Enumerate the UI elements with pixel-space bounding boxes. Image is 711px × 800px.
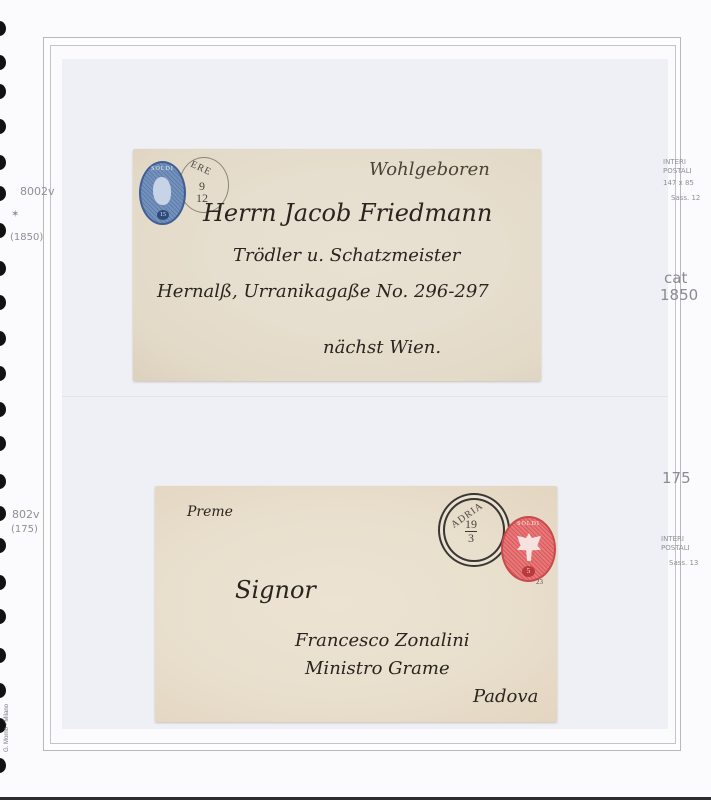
- emperor-profile-icon: [153, 177, 171, 205]
- double-eagle-icon: [517, 533, 541, 561]
- punch-hole: [0, 436, 6, 451]
- punch-hole: [0, 538, 6, 553]
- postal-cover-1[interactable]: ERE 912 SOLDI 15 Wohlgeboren Herrn Jacob…: [133, 149, 541, 381]
- postmark-2: ADRIA 193: [443, 498, 505, 562]
- punch-hole: [0, 295, 6, 310]
- postal-cover-2[interactable]: Preme ADRIA 193 SOLDI 5 23 Signor France…: [155, 486, 557, 722]
- left-note-catalog-2: 802v: [12, 509, 40, 520]
- left-note-price-1: (1850): [10, 232, 43, 243]
- punch-hole: [0, 366, 6, 381]
- corner-note: Preme: [187, 504, 233, 520]
- left-note-catalog-1: 8002v: [20, 186, 55, 197]
- address-salutation: Wohlgeboren: [369, 159, 490, 180]
- right-note-1: INTERI POSTALI 147 x 85 Sass. 12: [663, 158, 700, 203]
- punch-hole: [0, 474, 6, 489]
- small-number: 23: [536, 578, 543, 586]
- punch-hole: [0, 223, 6, 238]
- punch-hole: [0, 155, 6, 170]
- address-line-3: Ministro Grame: [305, 658, 450, 679]
- left-note-price-2: (175): [11, 524, 38, 535]
- address-line-4: Padova: [473, 686, 538, 707]
- punch-hole: [0, 683, 6, 698]
- punch-hole: [0, 331, 6, 346]
- right-note-2: cat 1850: [660, 270, 698, 304]
- punch-hole: [0, 648, 6, 663]
- imprinted-stamp-blue: SOLDI 15: [139, 161, 186, 225]
- address-line-1: Herrn Jacob Friedmann: [203, 199, 492, 227]
- punch-hole: [0, 402, 6, 417]
- punch-hole: [0, 575, 6, 590]
- punch-hole: [0, 55, 6, 70]
- punch-hole: [0, 758, 6, 773]
- right-note-4: INTERI POSTALI Sass. 13: [661, 535, 698, 568]
- punch-hole: [0, 84, 6, 99]
- address-line-2: Trödler u. Schatzmeister: [233, 245, 460, 266]
- address-line-4: nächst Wien.: [323, 337, 441, 358]
- imprinted-stamp-red: SOLDI 5: [501, 516, 556, 582]
- left-note-mark-1: ✶: [11, 209, 19, 220]
- punch-hole: [0, 261, 6, 276]
- punch-hole: [0, 186, 6, 201]
- punch-hole: [0, 119, 6, 134]
- address-line-1: Signor: [235, 576, 316, 604]
- punch-hole: [0, 609, 6, 624]
- right-note-3: 175: [662, 470, 691, 487]
- punch-hole: [0, 506, 6, 521]
- publisher-credit: G. Morno - Milano: [4, 704, 10, 752]
- punch-hole: [0, 21, 6, 36]
- address-line-2: Francesco Zonalini: [295, 630, 470, 651]
- address-line-3: Hernalß, Urranikagaße No. 296-297: [157, 281, 489, 302]
